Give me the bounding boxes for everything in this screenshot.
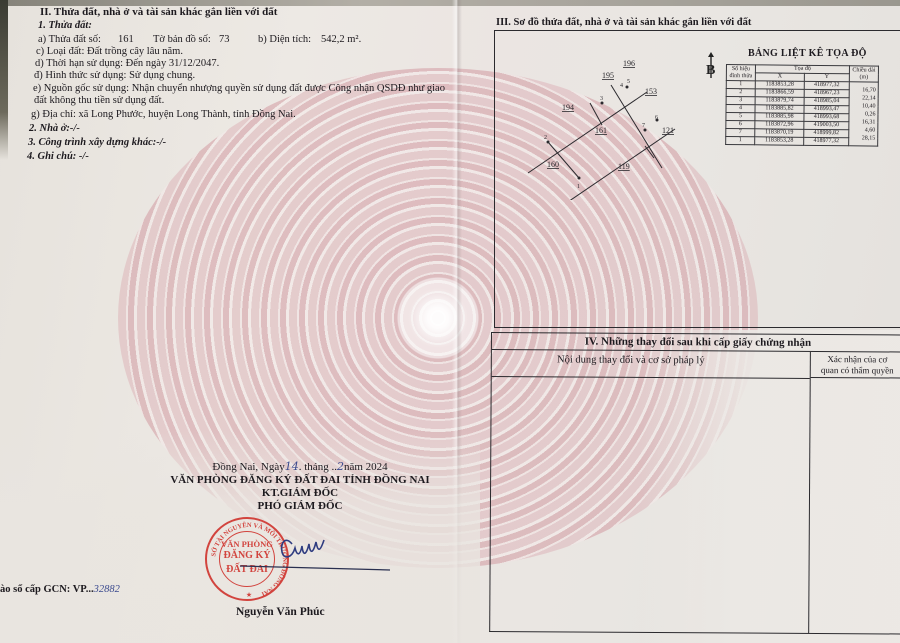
usage-term: d) Thời hạn sử dụng: Đến ngày 31/12/2047… xyxy=(35,58,219,70)
issue-month: 2 xyxy=(337,460,344,473)
issue-date: Đồng Nai, Ngày14. tháng ..2năm 2024 xyxy=(150,460,450,474)
svg-text:★: ★ xyxy=(246,591,252,599)
parcel-label: 194 xyxy=(562,103,574,112)
handwritten-signature xyxy=(240,526,400,576)
parcel-label: 195 xyxy=(602,71,614,80)
signer-name: Nguyễn Văn Phúc xyxy=(236,606,325,618)
map-sheet-label: Tờ bản đồ số: xyxy=(153,34,211,46)
registry-value: 32882 xyxy=(94,584,120,595)
house-item: 2. Nhà ở:-/- xyxy=(29,123,80,135)
changes-content-column: Nội dung thay đổi và cơ sở pháp lý xyxy=(490,350,811,633)
parcel-label: 196 xyxy=(623,59,635,68)
col-point: Số hiệu đỉnh thửa xyxy=(726,65,755,81)
coordinate-row: 11183853,28418977,3228,15 xyxy=(726,137,878,147)
north-arrow-icon: B xyxy=(705,52,717,78)
coord-point: 6 xyxy=(726,121,755,129)
parcel-diagram: 196195153194161121160119 1234567 xyxy=(490,30,710,200)
coord-y: 418977,32 xyxy=(804,137,849,145)
parcel-label: 161 xyxy=(595,126,607,135)
map-sheet-value: 73 xyxy=(219,34,230,46)
issuing-office: VĂN PHÒNG ĐĂNG KÝ ĐẤT ĐAI TỈNH ĐỒNG NAI xyxy=(150,474,450,487)
coord-point: 1 xyxy=(726,81,755,89)
parcel-label: 121 xyxy=(662,126,674,135)
year-label: năm 2024 xyxy=(344,461,388,473)
parcel-number-value: 161 xyxy=(118,34,134,46)
land-type: c) Loại đất: Đất trồng cây lâu năm. xyxy=(36,46,183,58)
vertex-label: 5 xyxy=(627,79,630,85)
notes-item: 4. Ghi chú: -/- xyxy=(27,151,89,163)
coord-point: 5 xyxy=(726,113,755,121)
coord-point: 1 xyxy=(726,137,755,145)
coord-point: 4 xyxy=(726,105,755,113)
issue-day: 14 xyxy=(285,460,299,473)
area-value: 542,2 m². xyxy=(321,34,361,46)
vertex-label: 7 xyxy=(642,123,645,129)
usage-origin-line1: e) Nguồn gốc sử dụng: Nhận chuyển nhượng… xyxy=(33,83,445,95)
section2-title: II. Thửa đất, nhà ở và tài sản khác gắn … xyxy=(40,6,277,18)
area-label: b) Diện tích: xyxy=(258,34,311,46)
parcel-label: 119 xyxy=(618,162,630,171)
authority-header-line1: Xác nhận của cơ xyxy=(811,354,900,366)
date-prefix: Đồng Nai, Ngày xyxy=(212,461,284,473)
usage-origin-line2: đất không thu tiền sử dụng đất. xyxy=(34,95,164,107)
authority-header-line2: quan có thẩm quyền xyxy=(811,365,900,377)
vertex-label: 2 xyxy=(544,135,547,141)
signer-role-1: KT.GIÁM ĐỐC xyxy=(150,487,450,500)
parcel-address: g) Địa chỉ: xã Long Phước, huyện Long Th… xyxy=(31,109,296,121)
other-construction-item: 3. Công trình xây dựng khác:-/- xyxy=(28,137,166,149)
usage-form: đ) Hình thức sử dụng: Sử dụng chung. xyxy=(34,70,195,82)
vertex-label: 1 xyxy=(577,184,580,190)
vertex-label: 6 xyxy=(655,115,658,121)
svg-text:B: B xyxy=(706,63,715,78)
changes-table: IV. Những thay đổi sau khi cấp giấy chứn… xyxy=(489,332,900,635)
coord-point: 2 xyxy=(726,89,755,97)
section3-title: III. Sơ đồ thửa đất, nhà ở và tài sản kh… xyxy=(496,17,751,29)
registry-label: ào sổ cấp GCN: VP... xyxy=(0,584,94,595)
coordinate-table-title: BẢNG LIỆT KÊ TỌA ĐỘ xyxy=(748,48,867,59)
vertex-label: 3 xyxy=(600,96,603,102)
coord-x: 1183853,28 xyxy=(755,137,804,146)
signature-block: Đồng Nai, Ngày14. tháng ..2năm 2024 VĂN … xyxy=(150,460,450,513)
coordinate-table: Số hiệu đỉnh thửa Tọa độ Chiều dài (m) X… xyxy=(725,64,879,147)
coord-point: 3 xyxy=(726,97,755,105)
parcel-number-label: a) Thửa đất số: xyxy=(38,34,101,46)
changes-content-header: Nội dung thay đổi và cơ sở pháp lý xyxy=(492,350,810,379)
registry-number: ào sổ cấp GCN: VP...32882 xyxy=(0,584,120,595)
parcel-label: 160 xyxy=(547,160,559,169)
parcel-subtitle: 1. Thửa đất: xyxy=(38,20,92,32)
coord-length: 28,15 xyxy=(849,135,878,143)
signer-role-2: PHÓ GIÁM ĐỐC xyxy=(150,500,450,513)
background-corner xyxy=(0,0,8,160)
authority-confirmation-column: Xác nhận của cơ quan có thẩm quyền xyxy=(809,352,900,634)
authority-confirmation-header: Xác nhận của cơ quan có thẩm quyền xyxy=(811,352,900,379)
vertex-label: 4 xyxy=(620,83,623,89)
month-label: . tháng .. xyxy=(299,461,337,473)
parcel-label: 153 xyxy=(645,87,657,96)
